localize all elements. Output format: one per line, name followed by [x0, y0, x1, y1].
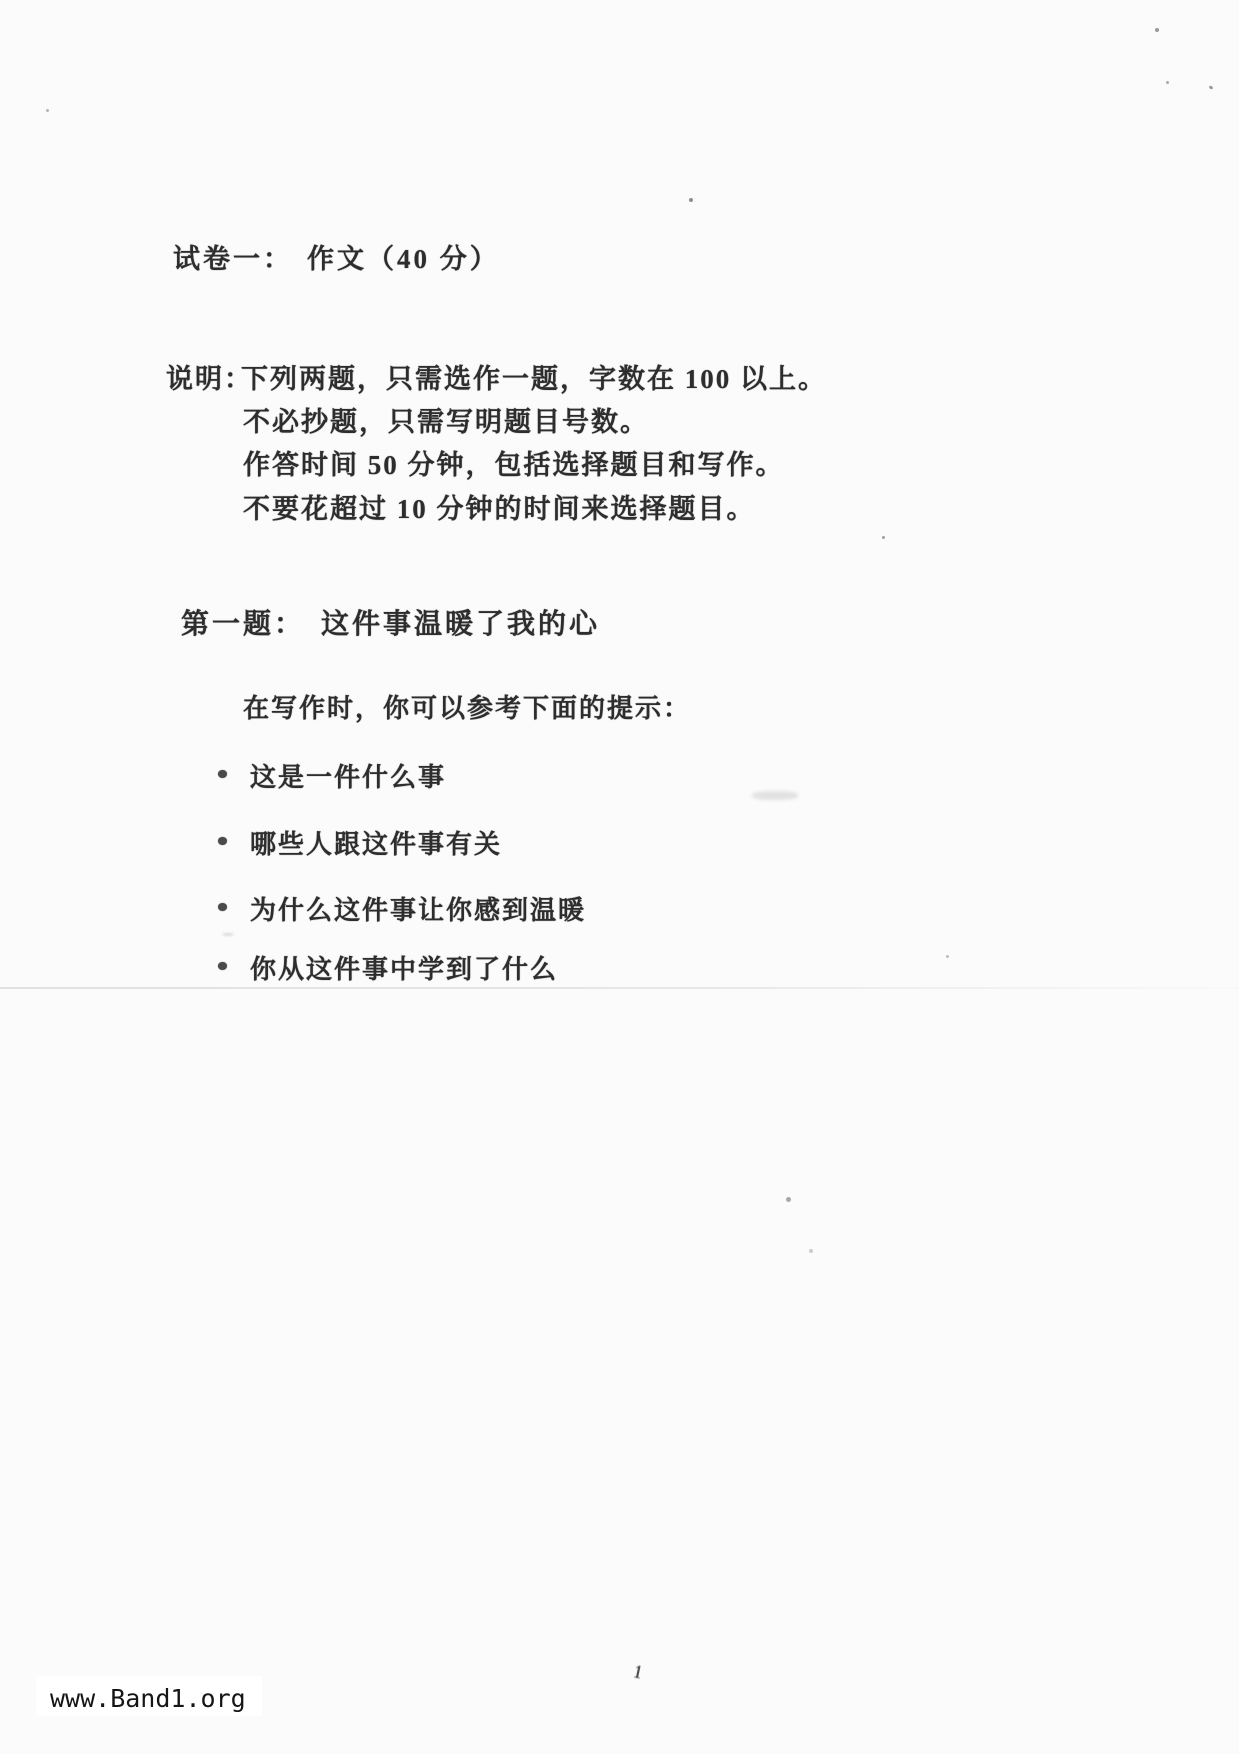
exam-paper-label: 试卷一：: [173, 244, 293, 274]
scan-speck: [882, 536, 885, 539]
hint-item: 哪些人跟这件事有关: [218, 824, 502, 861]
scan-speck: [809, 1249, 813, 1253]
scan-speck: [946, 955, 949, 958]
instruction-line: 不要花超过 10 分钟的时间来选择题目。: [243, 487, 756, 526]
instruction-line: 下列两题，只需选作一题，字数在 100 以上。: [241, 357, 827, 396]
hint-item: 这是一件什么事: [218, 757, 446, 794]
hint-text: 这是一件什么事: [250, 757, 446, 794]
watermark: www.Band1.org: [50, 1684, 246, 1713]
question-title: 这件事温暖了我的心: [321, 609, 600, 640]
hint-text: 哪些人跟这件事有关: [250, 824, 502, 861]
hint-intro: 在写作时，你可以参考下面的提示：: [243, 688, 691, 725]
scan-speck: [689, 198, 693, 202]
instruction-line: 不必抄题，只需写明题目号数。: [243, 400, 649, 439]
question-number-label: 第一题：: [181, 609, 305, 640]
hint-item: 你从这件事中学到了什么: [218, 949, 558, 986]
scan-smudge: [752, 791, 798, 800]
scan-divider-line: [0, 987, 1239, 989]
exam-paper-subject: 作文（40 分）: [307, 244, 500, 274]
scan-speck: [786, 1197, 791, 1202]
scan-smudge: [222, 933, 234, 936]
page-number: 1: [632, 1661, 644, 1684]
instruction-line: 作答时间 50 分钟，包括选择题目和写作。: [243, 443, 785, 482]
instructions-label: 说明：: [166, 357, 253, 396]
scan-speck: [1209, 85, 1214, 90]
question-heading: 第一题：这件事温暖了我的心: [181, 602, 600, 642]
bullet-dot-icon: [218, 837, 227, 845]
bullet-dot-icon: [218, 962, 227, 970]
scan-speck: [1155, 28, 1159, 32]
bullet-dot-icon: [218, 903, 227, 911]
hint-item: 为什么这件事让你感到温暖: [218, 890, 586, 927]
scan-speck: [1166, 81, 1169, 84]
bullet-dot-icon: [218, 770, 227, 778]
exam-paper-title: 试卷一：作文（40 分）: [173, 237, 500, 276]
hint-text: 为什么这件事让你感到温暖: [250, 890, 586, 927]
scan-speck: [46, 109, 49, 112]
hint-text: 你从这件事中学到了什么: [250, 949, 558, 986]
